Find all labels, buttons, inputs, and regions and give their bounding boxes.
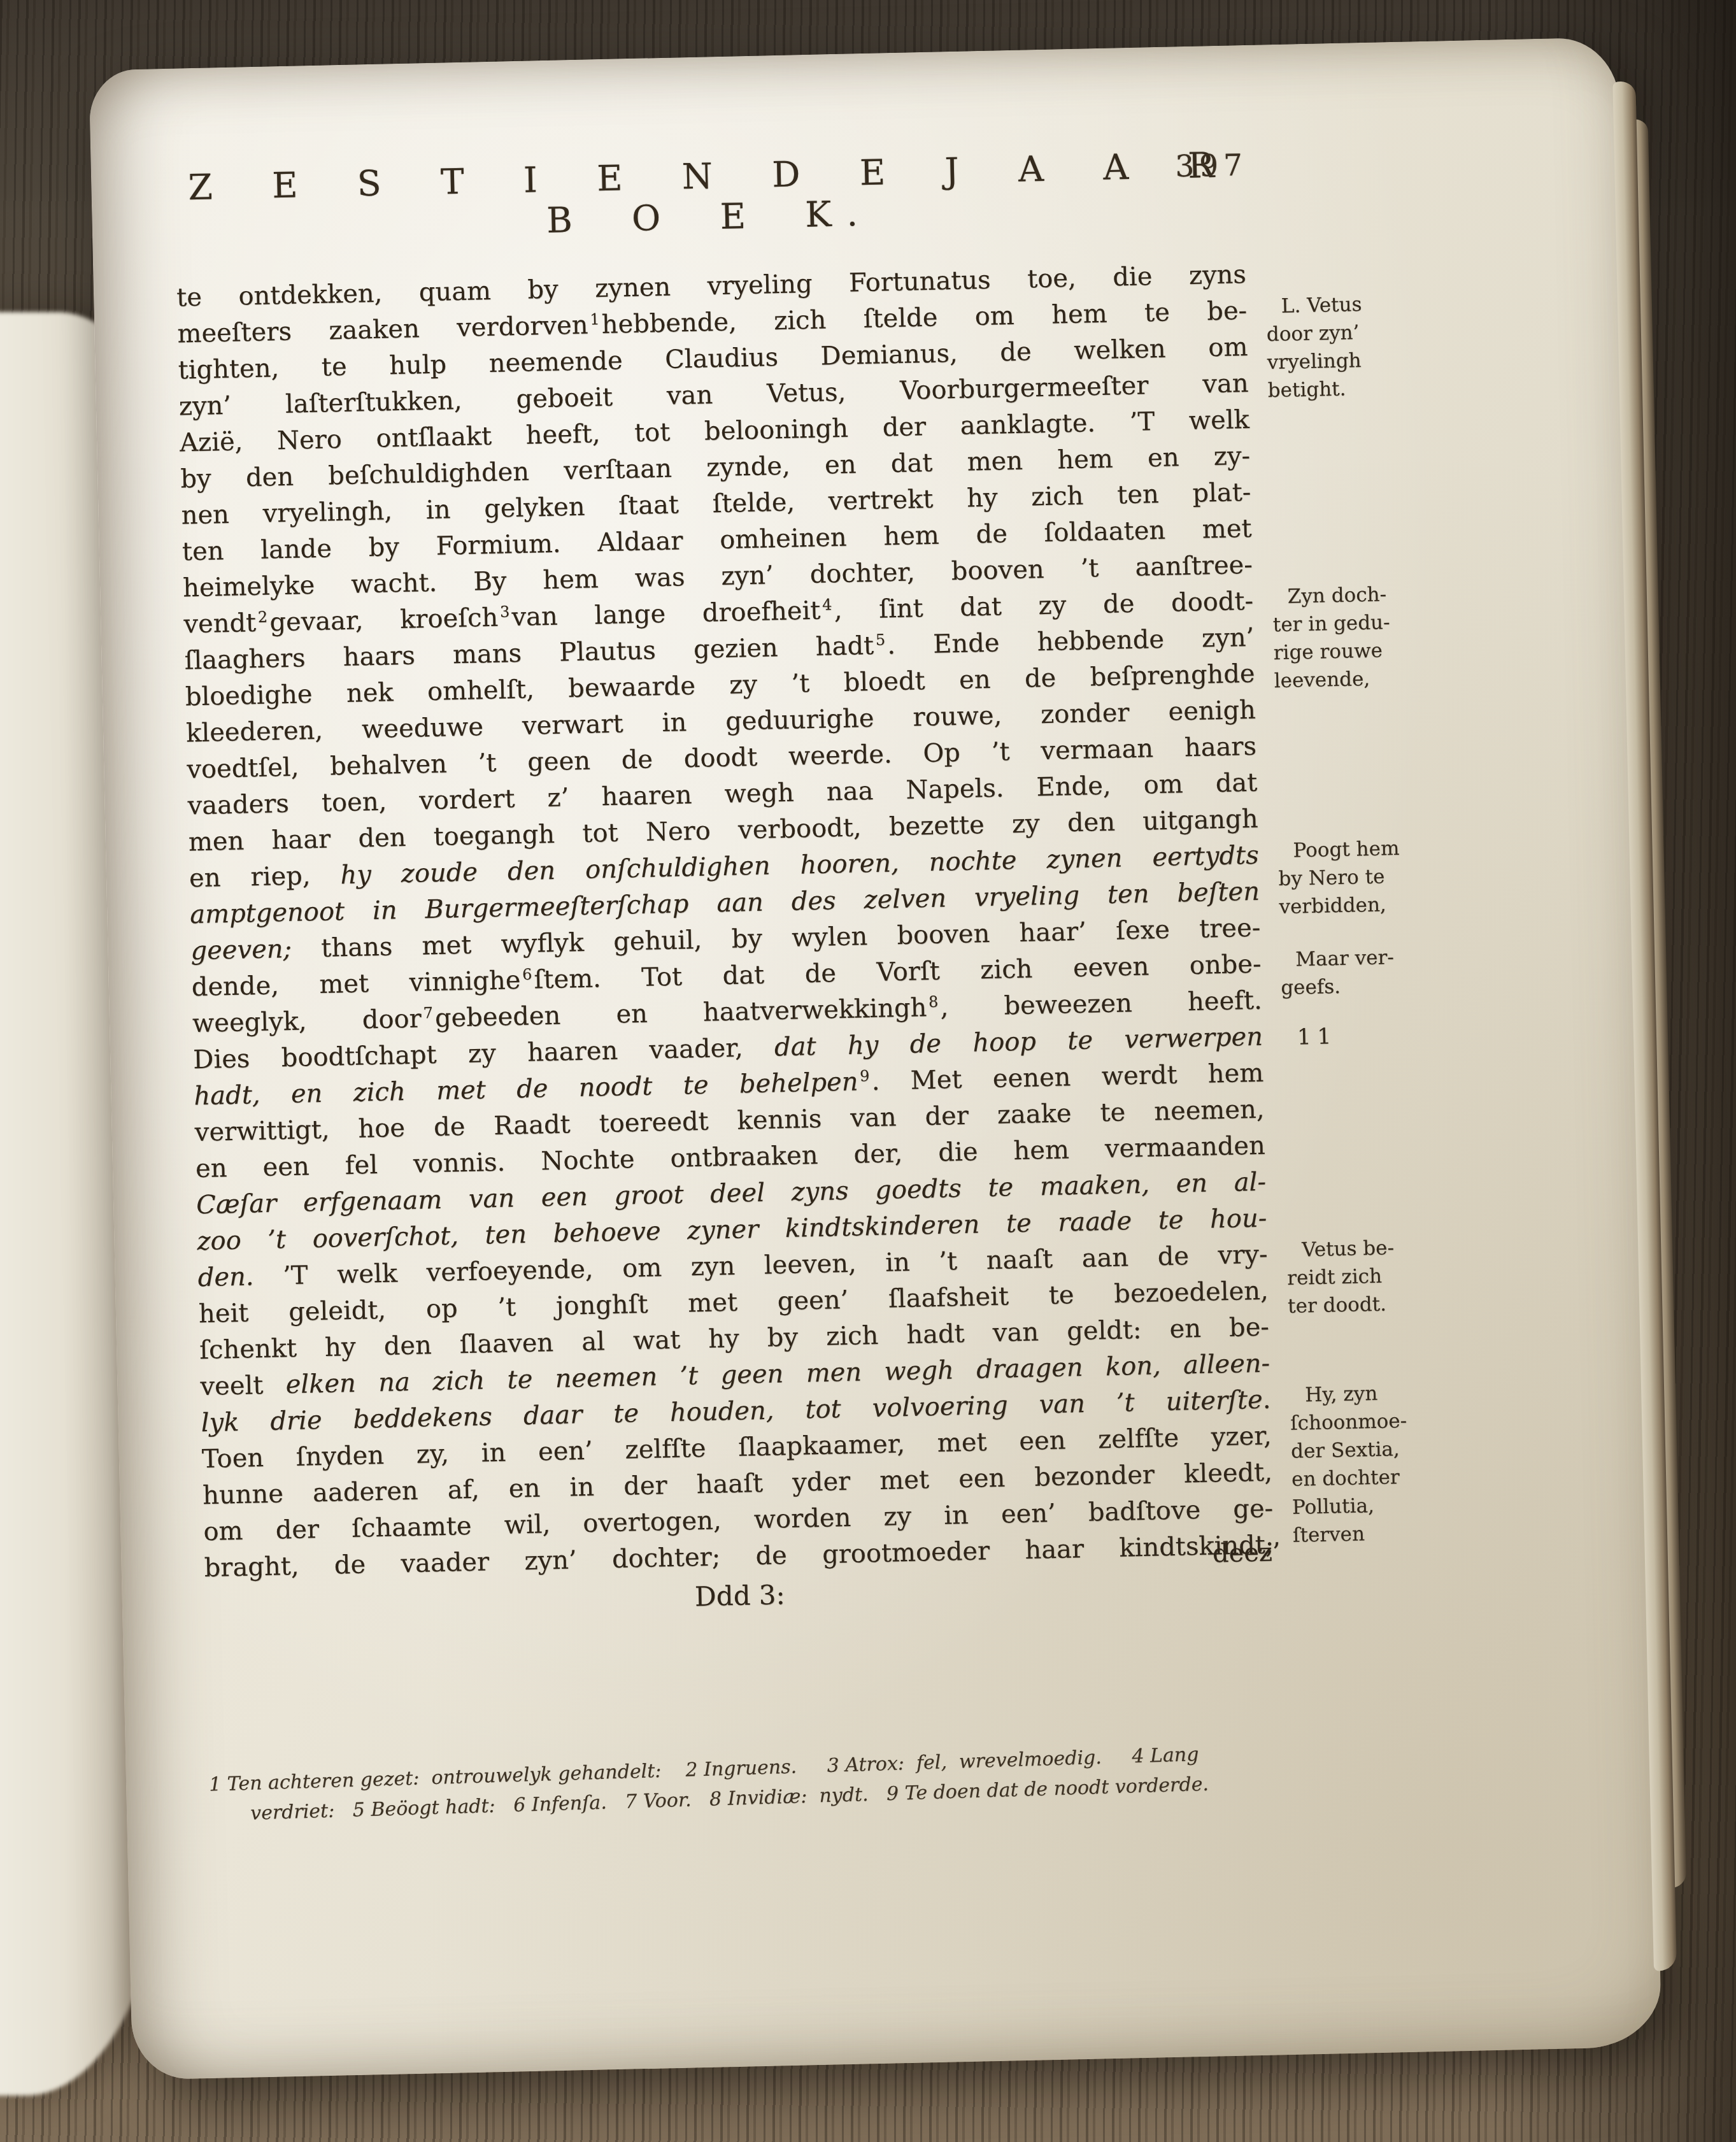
margin-note-line: vryelingh [1267, 345, 1458, 377]
book-page: Z E S T I E N D E J A A R B O E K. 397 t… [89, 37, 1661, 2080]
footnote-ref: 8 [928, 992, 939, 1010]
text-segment: den. [197, 1262, 254, 1292]
text-segment: geeven; [190, 934, 292, 966]
margin-note: Maar ver-geefs. [1280, 941, 1472, 1002]
margin-note-line: ſchoonmoe- [1290, 1405, 1482, 1438]
text-segment: gebeeden en haatverwekkingh [434, 993, 927, 1033]
margin-note-line: reidt zich [1287, 1260, 1479, 1292]
margin-note-line: der Sextia, [1291, 1433, 1483, 1466]
footnote-ref: 4 [822, 596, 832, 613]
margin-note-line: rige rouwe [1273, 635, 1465, 668]
text-segment: , beweezen heeft. [940, 986, 1262, 1022]
margin-note-line: Hy, zyn [1290, 1377, 1481, 1410]
book-photo-scene: Z E S T I E N D E J A A R B O E K. 397 t… [0, 0, 1736, 2142]
footnote-ref: 2 [258, 608, 268, 625]
section-number: 11 [1281, 1019, 1473, 1052]
margin-note-line: L. Vetus [1265, 289, 1457, 321]
text-segment: en riep, [189, 860, 341, 893]
margin-note-line: Vetus be- [1286, 1232, 1478, 1264]
margin-note-line: ter in gedu- [1272, 607, 1464, 639]
margin-note-line: by Nero te [1278, 861, 1470, 894]
footnote-ref: 7 [423, 1004, 433, 1022]
text-segment: . [1262, 1385, 1271, 1415]
footnotes: 1 Ten achteren gezet: ontrouwelyk gehand… [208, 1741, 1318, 1825]
margin-note: Hy, zynſchoonmoe-der Sextia,en dochterPo… [1290, 1377, 1484, 1549]
text-segment: van lange droefheit [511, 596, 821, 632]
margin-note-line: geefs. [1281, 969, 1472, 1002]
margin-note-line: leevende, [1274, 663, 1465, 696]
catchword: deez’ [1212, 1538, 1281, 1568]
margin-note-line: door zyn’ [1266, 317, 1458, 349]
margin-note-line: en dochter [1291, 1461, 1483, 1494]
margin-note-line: 11 [1281, 1019, 1473, 1052]
margin-notes: L. Vetusdoor zyn’vryelinghbetight.Zyn do… [1265, 252, 1456, 257]
text-segment: vendt [183, 608, 257, 639]
running-header: Z E S T I E N D E J A A R B O E K. 397 [174, 144, 1244, 215]
text-segment: , ſint dat zy de doodt- [834, 587, 1253, 625]
footnote-ref: 3 [500, 603, 510, 620]
page-content: Z E S T I E N D E J A A R B O E K. 397 t… [89, 37, 1661, 2080]
text-segment: dat hy de hoop te verwerpen [774, 1022, 1263, 1062]
footnote-ref: 5 [876, 631, 886, 648]
signature-mark: Ddd 3: [694, 1579, 785, 1612]
margin-note-line: verbidden, [1279, 889, 1470, 922]
footnote-ref: 6 [522, 965, 532, 983]
body-text: te ontdekken, quam by zynen vryeling For… [176, 257, 1274, 1587]
margin-note-line: ter doodt. [1288, 1288, 1479, 1320]
page-title: Z E S T I E N D E J A A R B O E K. [188, 144, 1230, 240]
text-segment: veelt [200, 1370, 286, 1401]
margin-note-line: Pollutia, [1292, 1489, 1484, 1522]
text-segment: gevaar, kroeſch [269, 603, 499, 638]
margin-note: Poogt hemby Nero teverbidden, [1277, 833, 1470, 922]
text-segment: . Ende hebbende zyn’ [887, 623, 1255, 660]
page-number: 397 [1175, 148, 1248, 184]
margin-note-line: ſterven [1293, 1517, 1484, 1550]
margin-note-line: betight. [1267, 373, 1459, 405]
text-segment: weeglyk, door [192, 1004, 422, 1038]
footnote-ref: 9 [860, 1067, 870, 1085]
footnote-ref: 1 [590, 310, 600, 328]
margin-note: L. Vetusdoor zyn’vryelinghbetight. [1265, 289, 1459, 405]
margin-note-line: Poogt hem [1277, 833, 1469, 866]
text-segment: meeſters zaaken verdorven [177, 311, 588, 349]
margin-note: Zyn doch-ter in gedu-rige rouweleevende, [1272, 579, 1465, 696]
margin-note-line: Maar ver- [1280, 941, 1472, 974]
text-segment: . Met eenen werdt hem [871, 1059, 1263, 1096]
margin-note: Vetus be-reidt zichter doodt. [1286, 1232, 1479, 1320]
text-segment: dende, met vinnighe [191, 966, 520, 1002]
margin-note-line: Zyn doch- [1272, 579, 1463, 611]
